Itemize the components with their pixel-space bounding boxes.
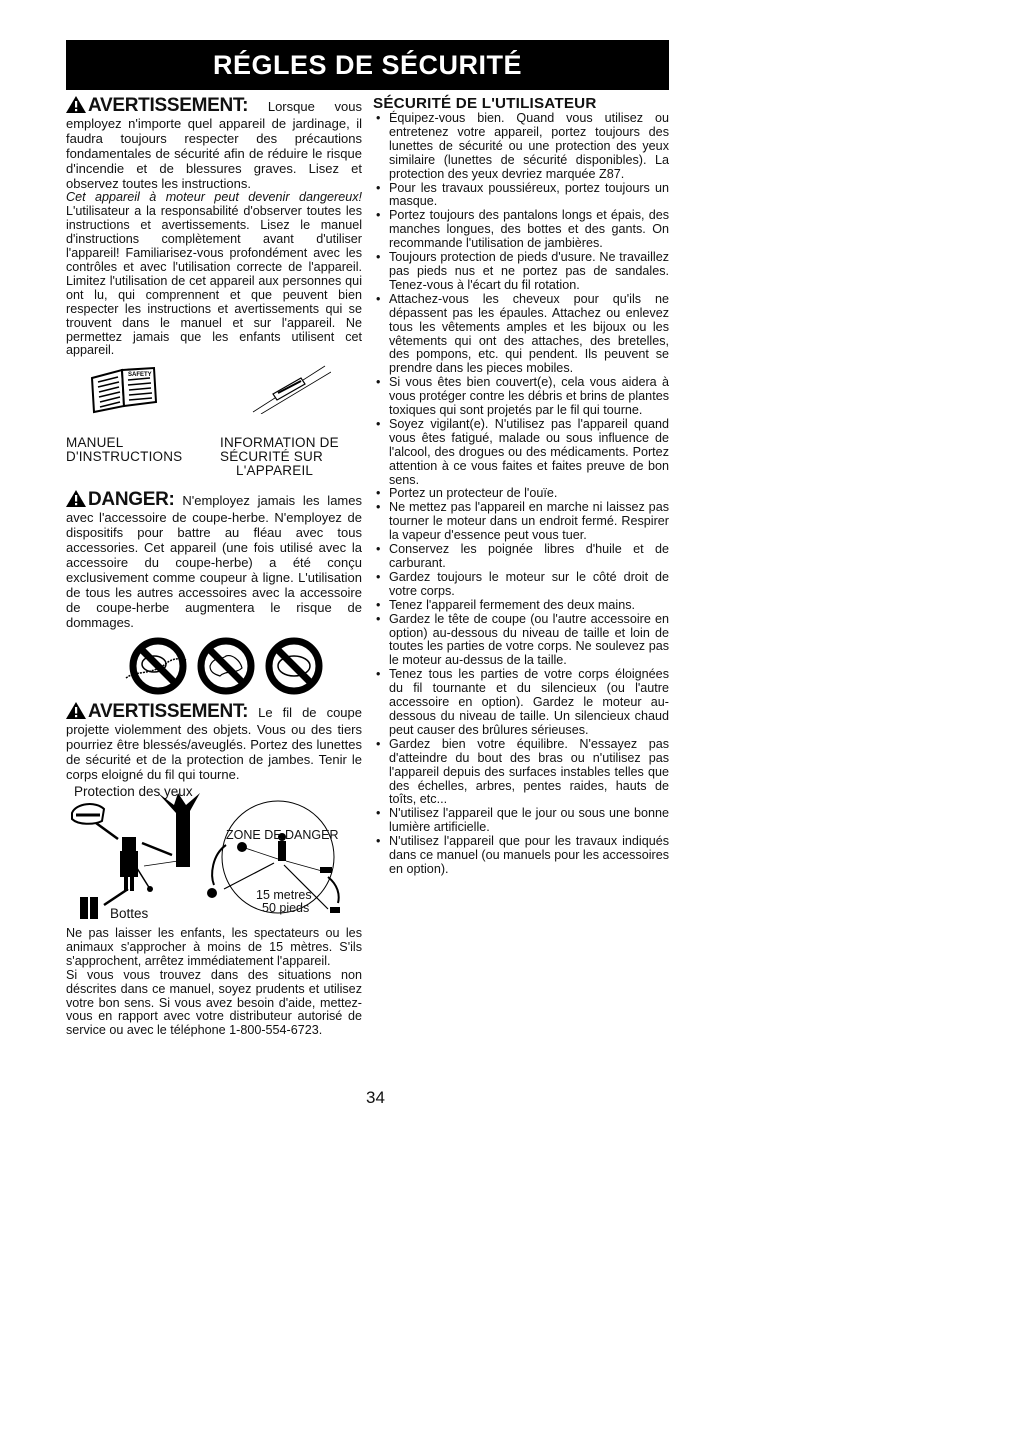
warning-triangle-icon [66, 96, 86, 117]
safety-decal-icon [251, 364, 331, 414]
list-item: Ne mettez pas l'appareil en marche ni la… [373, 501, 669, 543]
user-safety-list: Équipez-vous bien. Quand vous utilisez o… [373, 112, 669, 877]
page-title: RÉGLES DE SÉCURITÉ [213, 50, 522, 81]
warning-label: AVERTISSEMENT: [88, 95, 248, 116]
label-info-line1: INFORMATION DE [220, 436, 362, 450]
danger-zone-label: ZONE DE DANGER [226, 829, 339, 843]
svg-text:SAFETY: SAFETY [128, 372, 152, 378]
label-info-line2: SÉCURITÉ SUR [220, 450, 362, 464]
boots-label: Bottes [110, 907, 148, 921]
list-item: Gardez bien votre équilibre. N'essayez p… [373, 738, 669, 808]
list-item: N'utilisez l'appareil que pour les trava… [373, 835, 669, 877]
tree-figure [158, 793, 200, 867]
section-title-user-safety: SÉCURITÉ DE L'UTILISATEUR [373, 96, 669, 112]
right-column: SÉCURITÉ DE L'UTILISATEUR Équipez-vous b… [373, 96, 669, 877]
list-item: Pour les travaux poussiéreux, portez tou… [373, 182, 669, 210]
list-item: Attachez-vous les cheveux pour qu'ils ne… [373, 293, 669, 376]
list-item: Tenez l'appareil fermement des deux main… [373, 599, 669, 613]
goggles-icon [72, 804, 104, 824]
list-item: Conservez les poignée libres d'huile et … [373, 543, 669, 571]
prohibited-flail-icon [196, 636, 256, 696]
label-manual-line1: MANUEL [66, 436, 220, 450]
danger-notice: DANGER: N'employez jamais les lames avec… [66, 490, 362, 630]
label-info-line3: L'APPAREIL [220, 464, 362, 478]
list-item: Équipez-vous bien. Quand vous utilisez o… [373, 112, 669, 182]
left-column: AVERTISSEMENT: Lorsque vous employez n'i… [66, 96, 362, 1038]
list-item: Portez toujours des pantalons longs et é… [373, 209, 669, 251]
prohibited-blade-icon [124, 636, 188, 696]
danger-label: DANGER: [88, 489, 175, 510]
danger-italic-note: Cet appareil à moteur peut devenir dange… [66, 190, 362, 204]
figure-labels: MANUEL D'INSTRUCTIONS INFORMATION DE SÉC… [66, 436, 362, 478]
danger-zone-diagram: Protection des yeux [66, 785, 362, 923]
list-item: N'utilisez l'appareil que le jour ou sou… [373, 807, 669, 835]
boots-icon [80, 897, 98, 919]
distance-feet: 50 pieds [262, 902, 309, 916]
list-item: Portez un protecteur de l'ouïe. [373, 487, 669, 501]
warning-triangle-icon [66, 702, 86, 723]
prohibited-accessories [66, 636, 362, 698]
list-item: Soyez vigilant(e). N'utilisez pas l'appa… [373, 418, 669, 488]
prohibited-disc-icon [264, 636, 324, 696]
warning-general: AVERTISSEMENT: Lorsque vous employez n'i… [66, 96, 362, 191]
warning-thrown-objects: AVERTISSEMENT: Le fil de coupe projette … [66, 702, 362, 783]
list-item: Gardez le tête de coupe (ou l'autre acce… [373, 613, 669, 669]
label-manual-line2: D'INSTRUCTIONS [66, 450, 220, 464]
list-item: Tenez tous les parties de votre corps él… [373, 668, 669, 738]
help-paragraph: Si vous vous trouvez dans des situations… [66, 969, 362, 1039]
warning-triangle-icon [66, 490, 86, 511]
warning-label: AVERTISSEMENT: [88, 701, 248, 722]
manual-figures: SAFETY [66, 364, 362, 436]
list-item: Gardez toujours le moteur sur le côté dr… [373, 571, 669, 599]
manual-book-icon: SAFETY [88, 366, 160, 414]
page-number: 34 [366, 1088, 385, 1108]
list-item: Toujours protection de pieds d'usure. Ne… [373, 251, 669, 293]
page-title-banner: RÉGLES DE SÉCURITÉ [66, 40, 669, 90]
bystanders-paragraph: Ne pas laisser les enfants, les spectate… [66, 927, 362, 969]
warning-general-body: Cet appareil à moteur peut devenir dange… [66, 191, 362, 358]
list-item: Si vous êtes bien couvert(e), cela vous … [373, 376, 669, 418]
